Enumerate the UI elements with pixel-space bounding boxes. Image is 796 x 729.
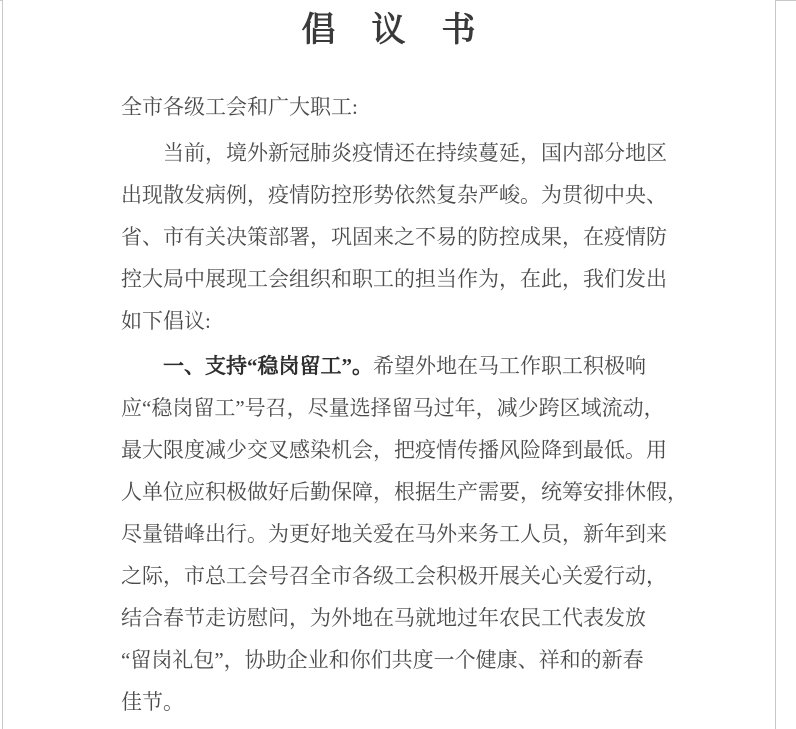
body-line: 当前，境外新冠肺炎疫情还在持续蔓延，国内部分地区 xyxy=(121,132,745,174)
body-line: 佳节。 xyxy=(121,681,745,723)
body-line: 省、市有关决策部署，巩固来之不易的防控成果，在疫情防 xyxy=(121,216,745,258)
body-line: 应“稳岗留工”号召，尽量选择留马过年，减少跨区域流动， xyxy=(121,387,745,429)
body-line: 控大局中展现工会组织和职工的担当作为，在此，我们发出 xyxy=(121,258,745,300)
body-line: 一、支持“稳岗留工”。希望外地在马工作职工积极响 xyxy=(121,345,745,387)
item-one-bold-heading: 一、支持“稳岗留工”。 xyxy=(163,354,373,378)
body-line: 尽量错峰出行。为更好地关爱在马外来务工人员，新年到来 xyxy=(121,513,745,555)
salutation: 全市各级工会和广大职工: xyxy=(121,86,745,128)
paragraph-intro: 当前，境外新冠肺炎疫情还在持续蔓延，国内部分地区 出现散发病例，疫情防控形势依然… xyxy=(121,132,745,342)
body-line: 结合春节走访慰问，为外地在马就地过年农民工代表发放 xyxy=(121,597,745,639)
document-page: 倡 议 书 全市各级工会和广大职工: 当前，境外新冠肺炎疫情还在持续蔓延，国内部… xyxy=(2,0,776,729)
paragraph-item-one: 一、支持“稳岗留工”。希望外地在马工作职工积极响 应“稳岗留工”号召，尽量选择留… xyxy=(121,345,745,723)
body-line: “留岗礼包”，协助企业和你们共度一个健康、祥和的新春 xyxy=(121,639,745,681)
document-title: 倡 议 书 xyxy=(3,0,775,53)
body-line: 人单位应积极做好后勤保障，根据生产需要，统筹安排休假， xyxy=(121,471,745,513)
body-line: 如下倡议: xyxy=(121,300,745,342)
body-line: 之际，市总工会号召全市各级工会积极开展关心关爱行动， xyxy=(121,555,745,597)
body-line: 出现散发病例，疫情防控形势依然复杂严峻。为贯彻中央、 xyxy=(121,174,745,216)
document-body: 全市各级工会和广大职工: 当前，境外新冠肺炎疫情还在持续蔓延，国内部分地区 出现… xyxy=(3,53,775,723)
item-one-first-line-text: 希望外地在马工作职工积极响 xyxy=(373,354,646,378)
body-line: 最大限度减少交叉感染机会，把疫情传播风险降到最低。用 xyxy=(121,429,745,471)
